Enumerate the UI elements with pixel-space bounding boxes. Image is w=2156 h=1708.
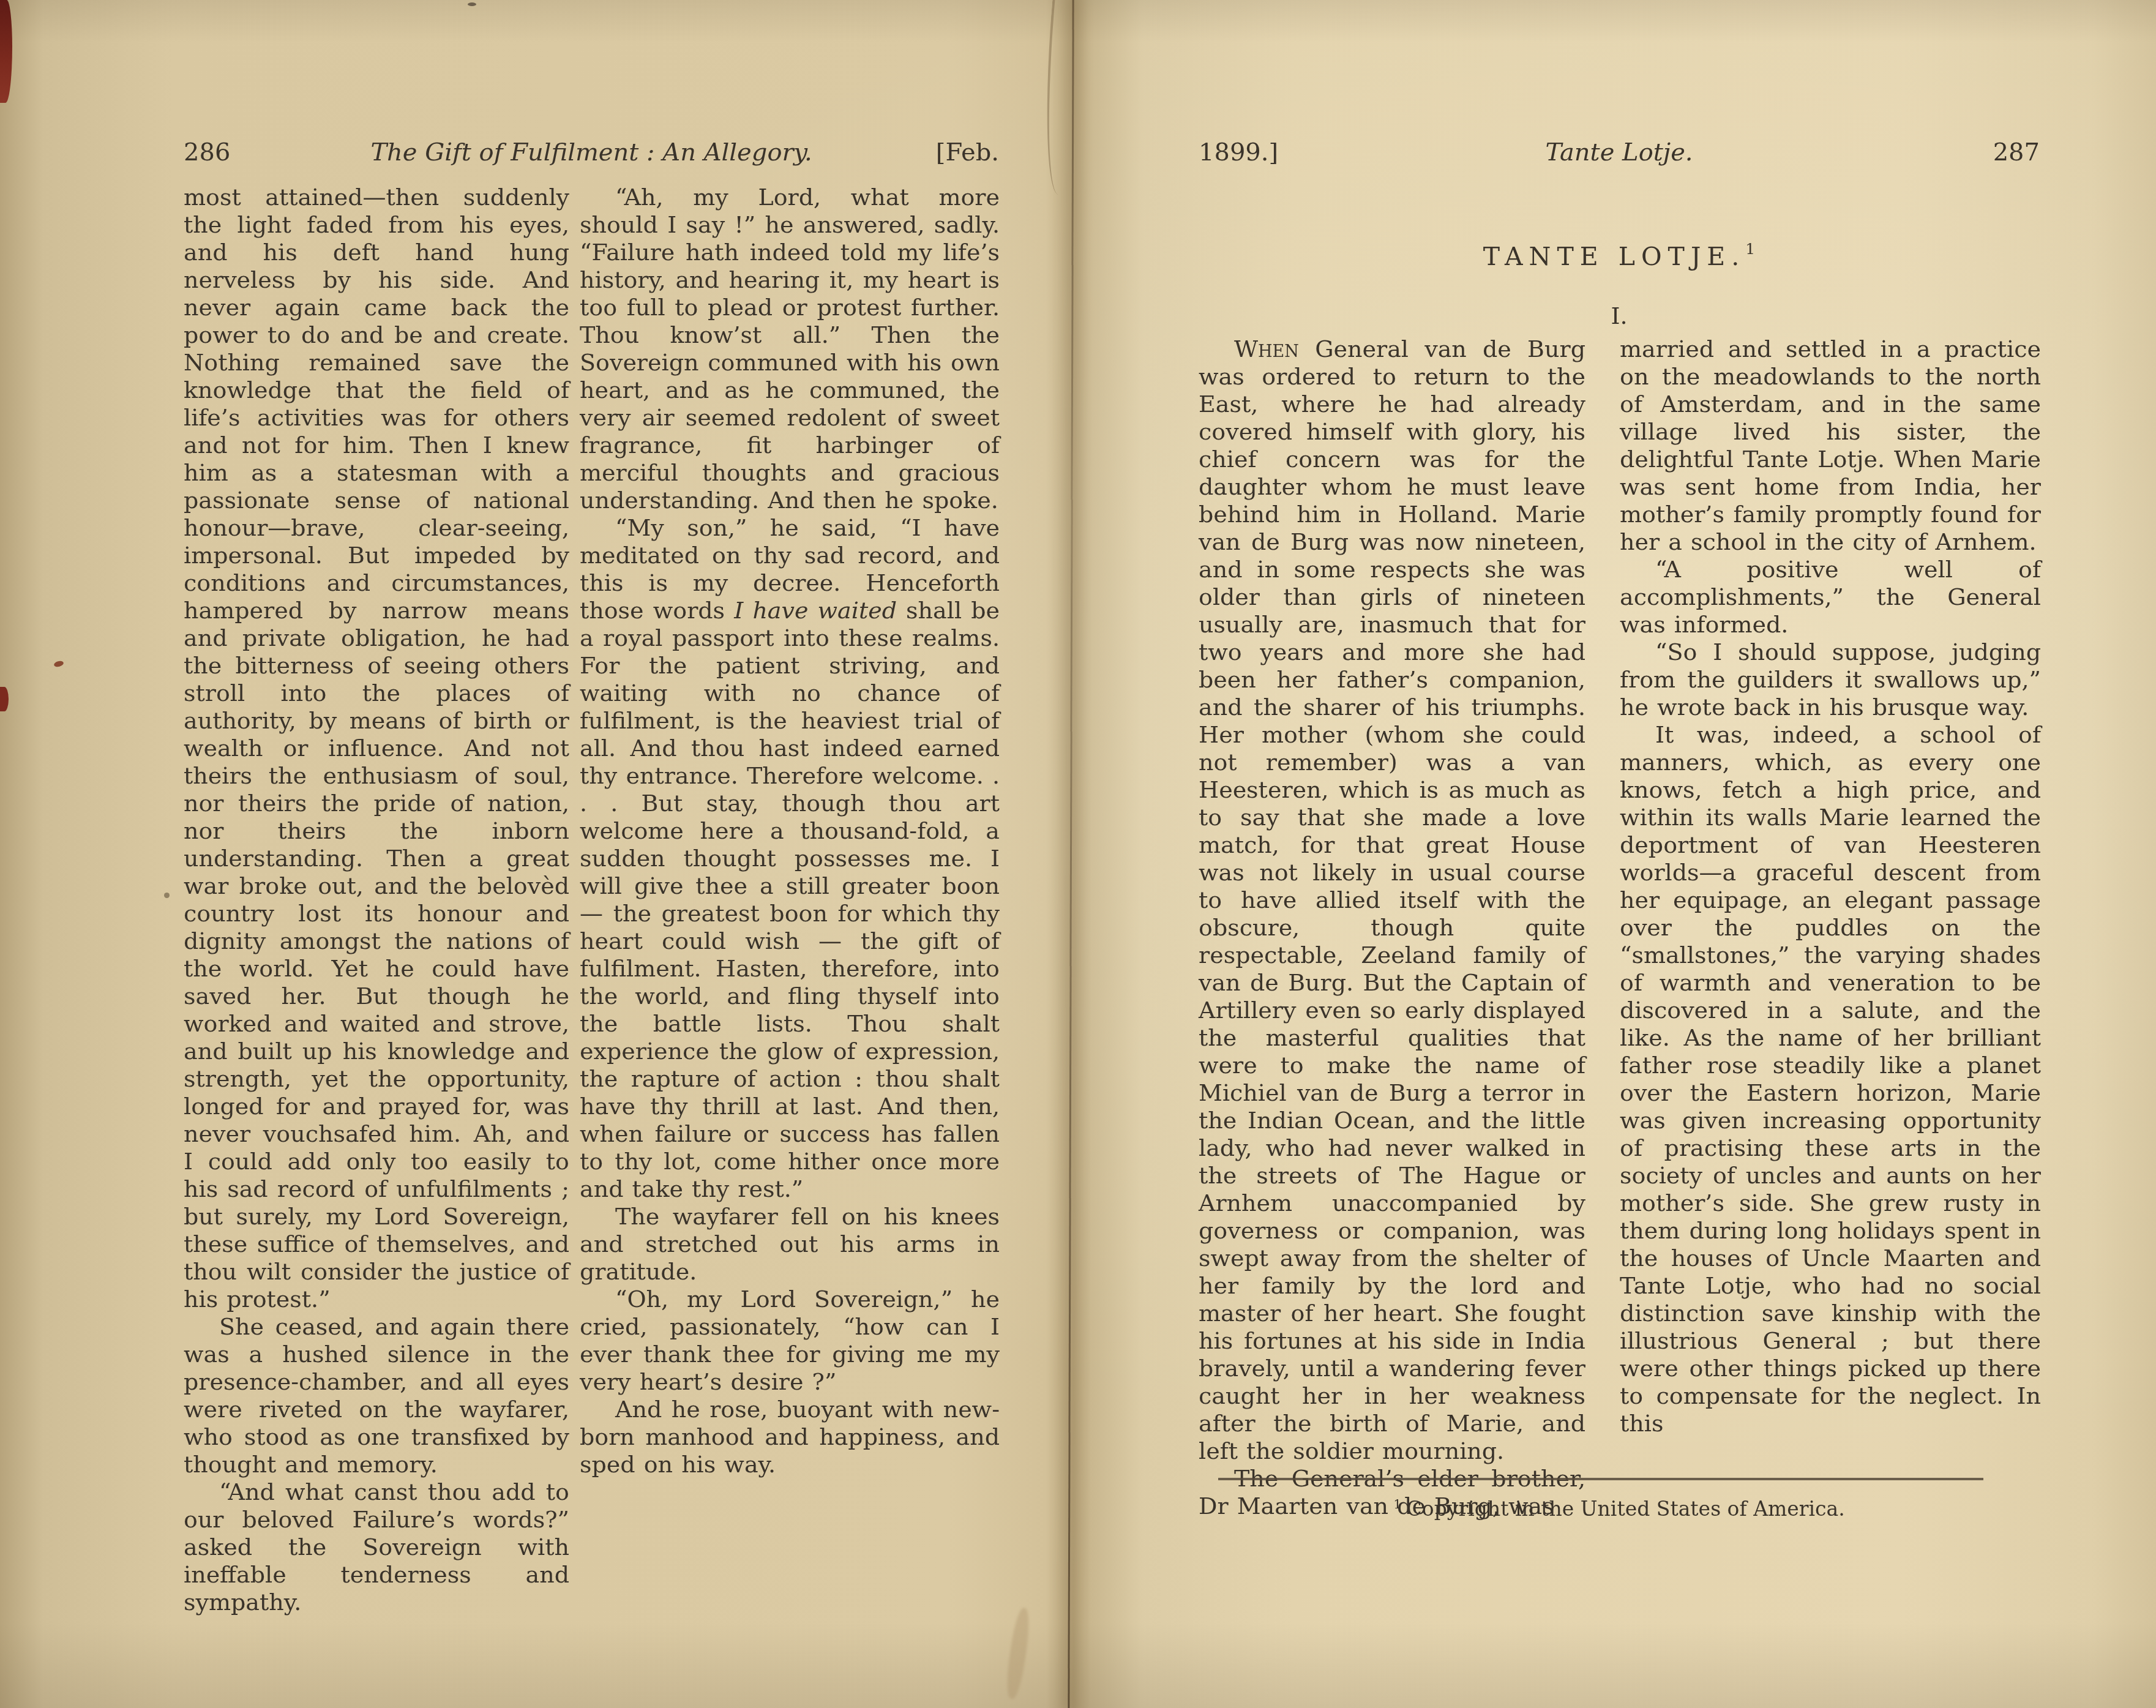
gutter-wrinkle [1036,0,1087,196]
text-segment: “Ah, my Lord, what more should I say !” … [580,184,1000,514]
text-segment: She ceased, and again there was a hushed… [184,1313,569,1478]
left-running-head: 286 The Gift of Fulfilment : An Allegory… [184,138,999,170]
paragraph: married and settled in a practice on the… [1620,335,2041,556]
text-segment: General van de Burg was ordered to retur… [1199,335,1585,1464]
binding-red-mark [0,0,12,103]
paper-speck [53,660,64,668]
text-segment: “Oh, my Lord Sovereign,” he cried, passi… [580,1286,1000,1395]
footnote: 1Copyright in the United States of Ameri… [1199,1491,2040,1522]
right-page-number: 287 [1993,138,2040,167]
paper-speck [468,2,476,6]
paragraph: When General van de Burg was ordered to … [1199,335,1585,1465]
text-segment: “And what canst thou add to our beloved … [184,1478,569,1616]
text-segment: most attained—then suddenly the light fa… [184,184,569,1313]
text-segment: And he rose, buoyant with new-born manho… [580,1396,1000,1478]
paper-speck [164,893,170,898]
binding-red-dash [0,687,9,711]
footnote-text: Copyright in the United States of Americ… [1407,1497,1845,1521]
right-running-head: 1899.] Tante Lotje. 287 [1199,138,2040,170]
article-title-footnote-marker: 1 [1745,240,1755,258]
paragraph: “A positive well of accomplishments,” th… [1620,556,2041,639]
paragraph: The wayfarer fell on his knees and stret… [580,1203,1000,1286]
paragraph: It was, indeed, a school of manners, whi… [1620,721,2041,1437]
left-running-title: The Gift of Fulfilment : An Allegory. [184,138,999,167]
left-page-column-2: “Ah, my Lord, what more should I say !” … [580,184,1000,1478]
text-segment: It was, indeed, a school of manners, whi… [1620,721,2041,1437]
text-segment: When [1234,335,1299,362]
text-segment: “A positive well of accomplishments,” th… [1620,556,2041,638]
gutter-crease [1068,0,1074,1708]
paragraph: “So I should suppose, judging from the g… [1620,639,2041,721]
text-segment: The wayfarer fell on his knees and stret… [580,1203,1000,1285]
footnote-marker: 1 [1393,1497,1401,1511]
paragraph: most attained—then suddenly the light fa… [184,184,569,1313]
text-segment: “So I should suppose, judging from the g… [1620,639,2041,721]
paragraph: “And what canst thou add to our beloved … [184,1478,569,1616]
paper-smudge [1004,1607,1033,1700]
right-running-title: Tante Lotje. [1199,138,2040,167]
paragraph: “My son,” he said, “I have meditated on … [580,514,1000,1203]
paragraph: She ceased, and again there was a hushed… [184,1313,569,1478]
text-segment: I have waited [734,597,897,624]
footnote-rule [1218,1478,1983,1480]
right-issue-date: 1899.] [1199,138,1278,167]
left-page-number: 286 [184,138,230,167]
text-segment: married and settled in a practice on the… [1620,335,2041,555]
paragraph: And he rose, buoyant with new-born manho… [580,1396,1000,1478]
book-spread-scan: 286 The Gift of Fulfilment : An Allegory… [0,0,2156,1708]
right-page-column-1: When General van de Burg was ordered to … [1199,335,1585,1520]
left-page-column-1: most attained—then suddenly the light fa… [184,184,569,1616]
article-title-text: TANTE LOTJE. [1483,242,1745,271]
text-segment: shall be a royal passport into these rea… [580,597,1000,1202]
paragraph: “Oh, my Lord Sovereign,” he cried, passi… [580,1286,1000,1396]
right-page-column-2: married and settled in a practice on the… [1620,335,2041,1437]
left-issue-date: [Feb. [936,138,999,167]
paragraph: “Ah, my Lord, what more should I say !” … [580,184,1000,514]
article-title: TANTE LOTJE.1 [1199,240,2040,271]
section-heading: I. [1199,302,2040,329]
